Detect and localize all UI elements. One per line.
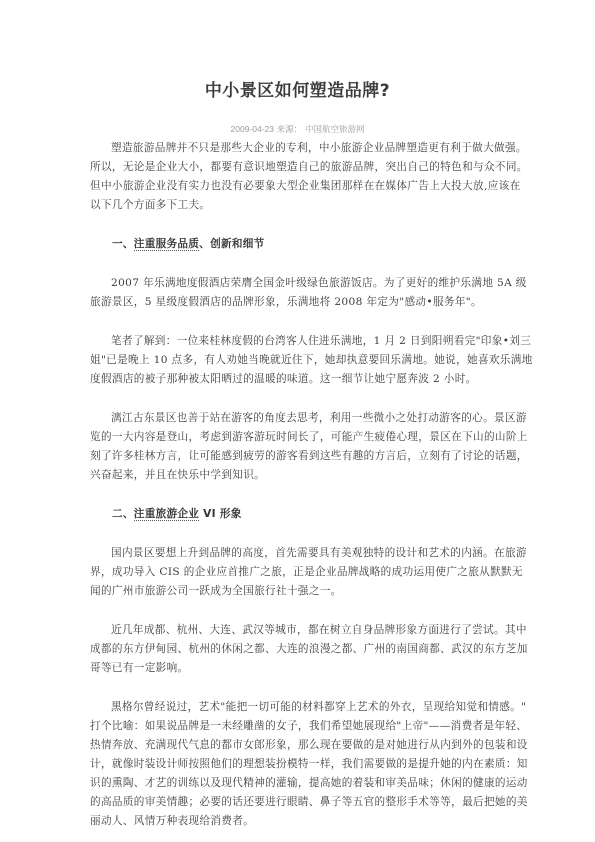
heading-keyword-link[interactable]: 注重服务品质 bbox=[134, 238, 199, 251]
paragraph-line: 黑格尔曾经说过，艺术"能把一切可能的材料都穿上艺术的外衣，呈现给知觉和情感。" bbox=[90, 698, 508, 717]
paragraph-line: 近几年成都、杭州、大连、武汉等城市，都在树立自身品牌形象方面进行了尝试。其中 bbox=[90, 621, 508, 640]
paragraph-line: 闻的广州市旅游公司一跃成为全国旅行社十强之一。 bbox=[90, 582, 508, 601]
paragraph-line: 兴奋起来，并且在快乐中学到知识。 bbox=[90, 466, 508, 485]
paragraph-line: 刻了许多桂林方言，让可能感到疲劳的游客看到这些有趣的方言后，立刻有了讨论的话题， bbox=[90, 447, 508, 466]
paragraph: 黑格尔曾经说过，艺术"能把一切可能的材料都穿上艺术的外衣，呈现给知觉和情感。"打… bbox=[90, 698, 508, 831]
paragraph: 笔者了解到：一位来桂林度假的台湾客人住进乐满地，1 月 2 日到阳朔看完"印象•… bbox=[90, 332, 508, 389]
paragraph-gap bbox=[90, 678, 508, 698]
paragraph-line: 漓江古东景区也善于站在游客的角度去思考，利用一些微小之处打动游客的心。景区游 bbox=[90, 409, 508, 428]
heading-suffix: VI 形象 bbox=[199, 508, 242, 520]
paragraph: 塑造旅游品牌并不只是那些大企业的专利，中小旅游企业品牌塑造更有利于做大做强。所以… bbox=[90, 139, 508, 215]
paragraph-gap bbox=[90, 254, 508, 274]
paragraph-line: 笔者了解到：一位来桂林度假的台湾客人住进乐满地，1 月 2 日到阳朔看完"印象•… bbox=[90, 332, 508, 351]
publish-date: 2009-04-23 bbox=[231, 124, 274, 134]
paragraph: 国内景区要想上升到品牌的高度，首先需要具有美观独特的设计和艺术的内涵。在旅游界，… bbox=[90, 544, 508, 601]
paragraph: 漓江古东景区也善于站在游客的角度去思考，利用一些微小之处打动游客的心。景区游览的… bbox=[90, 409, 508, 485]
paragraph-gap bbox=[90, 312, 508, 332]
paragraph-line: 哥等已有一定影响。 bbox=[90, 659, 508, 678]
document-page: 中小景区如何塑造品牌? 2009-04-23 来源： 中国航空旅游网 塑造旅游品… bbox=[0, 0, 595, 842]
paragraph-line: 览的一大内容是登山，考虑到游客游玩时间长了，可能产生疲倦心理，景区在下山的山阶上 bbox=[90, 428, 508, 447]
paragraph: 2007 年乐满地度假酒店荣膺全国金叶级绿色旅游饭店。为了更好的维护乐满地 5A… bbox=[90, 274, 508, 312]
paragraph-line: 热情奔放、充满现代气息的都市女郎形象，那么现在要做的是对她进行从内到外的包装和设 bbox=[90, 736, 508, 755]
paragraph-line: 塑造旅游品牌并不只是那些大企业的专利，中小旅游企业品牌塑造更有利于做大做强。 bbox=[90, 139, 508, 158]
paragraph-gap bbox=[90, 389, 508, 409]
paragraph-line: 但中小旅游企业没有实力也没有必要象大型企业集团那样在在媒体广告上大投大放,应该在 bbox=[90, 177, 508, 196]
paragraph-line: 界，成功导入 CIS 的企业应首推广之旅，正是企业品牌战略的成功运用使广之旅从默… bbox=[90, 563, 508, 582]
section-heading: 二、注重旅游企业 VI 形象 bbox=[90, 505, 508, 524]
paragraph-line: 国内景区要想上升到品牌的高度，首先需要具有美观独特的设计和艺术的内涵。在旅游 bbox=[90, 544, 508, 563]
article-title: 中小景区如何塑造品牌? bbox=[0, 76, 595, 101]
paragraph-gap bbox=[90, 601, 508, 621]
paragraph-line: 成都的东方伊甸园、杭州的休闲之都、大连的浪漫之都、广州的南国商都、武汉的东方芝加 bbox=[90, 640, 508, 659]
paragraph-line: 打个比喻：如果说品牌是一未经雕凿的女子，我们希望她展现给"上帝"——消费者是年轻… bbox=[90, 717, 508, 736]
paragraph-gap bbox=[90, 524, 508, 544]
paragraph: 近几年成都、杭州、大连、武汉等城市，都在树立自身品牌形象方面进行了尝试。其中成都… bbox=[90, 621, 508, 678]
paragraph-gap bbox=[90, 215, 508, 235]
paragraph-line: 2007 年乐满地度假酒店荣膺全国金叶级绿色旅游饭店。为了更好的维护乐满地 5A… bbox=[90, 274, 508, 293]
paragraph-line: 丽动人、风情万种表现给消费者。 bbox=[90, 812, 508, 831]
paragraph-gap bbox=[90, 485, 508, 505]
paragraph-line: 计，就像时装设计师按照他们的理想装扮模特一样，我们需要做的是提升她的内在素质：知 bbox=[90, 755, 508, 774]
heading-suffix: 、创新和细节 bbox=[199, 238, 264, 250]
paragraph-line: 姐"已是晚上 10 点多，有人劝她当晚就近住下，她却执意要回乐满地。她说，她喜欢… bbox=[90, 351, 508, 370]
heading-keyword-link[interactable]: 注重旅游企业 bbox=[134, 508, 199, 521]
paragraph-line: 识的熏陶、才艺的训练以及现代精神的灌输，提高她的着装和审美品味；休闲的健康的运动 bbox=[90, 774, 508, 793]
heading-prefix: 一、 bbox=[112, 238, 134, 250]
source-label: 来源： bbox=[277, 125, 303, 135]
source-name: 中国航空旅游网 bbox=[305, 125, 365, 135]
article-meta: 2009-04-23 来源： 中国航空旅游网 bbox=[0, 123, 595, 135]
section-heading: 一、注重服务品质、创新和细节 bbox=[90, 235, 508, 254]
paragraph-line: 度假酒店的被子那种被太阳晒过的温暖的味道。这一细节让她宁愿奔波 2 小时。 bbox=[90, 370, 508, 389]
article-body: 塑造旅游品牌并不只是那些大企业的专利，中小旅游企业品牌塑造更有利于做大做强。所以… bbox=[90, 139, 508, 831]
paragraph-line: 的高品质的审美情趣；必要的话还要进行眼睛、鼻子等五官的整形手术等等，最后把她的美 bbox=[90, 793, 508, 812]
paragraph-line: 以下几个方面多下工夫。 bbox=[90, 196, 508, 215]
paragraph-line: 旅游景区，5 星级度假酒店的品牌形象，乐满地将 2008 年定为"感动•服务年"… bbox=[90, 293, 508, 312]
heading-prefix: 二、 bbox=[112, 508, 134, 520]
paragraph-line: 所以，无论是企业大小，都要有意识地塑造自己的旅游品牌，突出自己的特色和与众不同。 bbox=[90, 158, 508, 177]
